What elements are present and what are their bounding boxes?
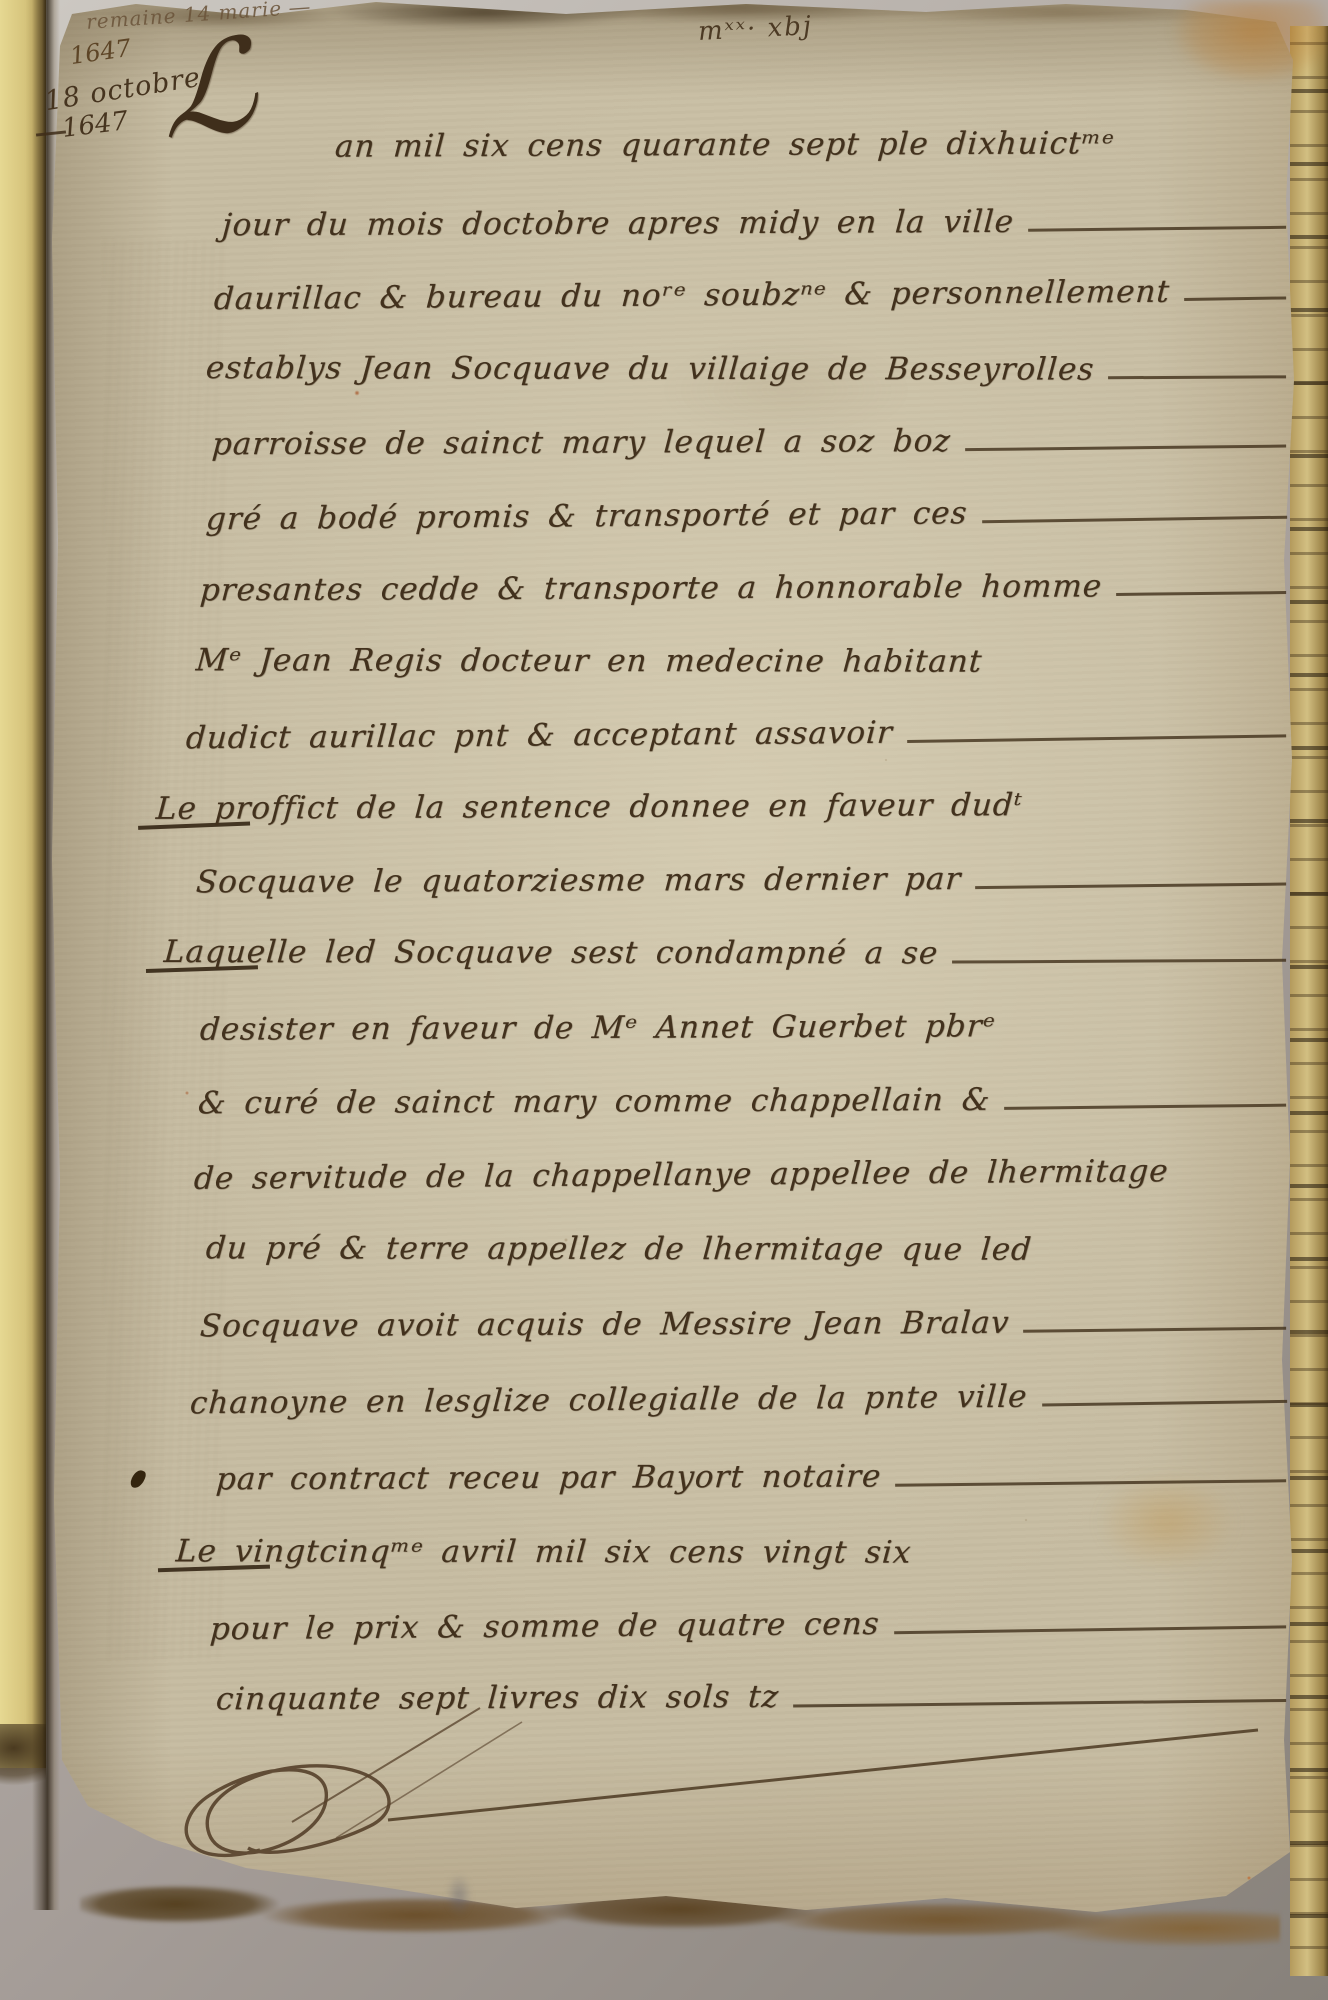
line-filler-stroke	[981, 490, 1286, 524]
manuscript-line-text: establys Jean Socquave du villaige de Be…	[204, 347, 1095, 391]
line-filler-stroke	[1023, 1301, 1286, 1333]
ink-layer: remaine 14 marie ― 1647 18 octobre 1647 …	[0, 0, 1328, 2000]
manuscript-line-text: Mᵉ Jean Regis docteur en medecine habita…	[194, 639, 983, 682]
manuscript-line-text: & curé de sainct mary comme chappellain …	[197, 1079, 992, 1124]
line-filler-stroke	[1184, 270, 1286, 301]
photograph-background: remaine 14 marie ― 1647 18 octobre 1647 …	[0, 0, 1328, 2000]
line-filler-stroke	[1116, 565, 1286, 596]
paraph-flourish	[140, 1700, 1300, 1900]
manuscript-line-text: de servitude de la chappellanye appellee…	[193, 1150, 1170, 1200]
manuscript-line-text: pour le prix & somme de quatre cens	[209, 1603, 881, 1650]
manuscript-line-text: du pré & terre appellez de lhermitage qu…	[204, 1227, 1033, 1270]
line-filler-stroke	[965, 419, 1287, 452]
manuscript-line-text: Le vingtcinqᵐᵉ avril mil six cens vingt …	[174, 1530, 912, 1573]
manuscript-line: jour du mois doctobre apres midy en la v…	[222, 194, 1288, 247]
manuscript-line: an mil six cens quarante sept ple dixhui…	[335, 116, 1115, 167]
manuscript-line: chanoyne en lesglize collegialle de la p…	[190, 1368, 1288, 1425]
line-filler-stroke	[893, 1599, 1286, 1634]
manuscript-line: presantes cedde & transporte a honnorabl…	[200, 559, 1288, 612]
manuscript-line: Mᵉ Jean Regis docteur en medecine habita…	[196, 633, 982, 682]
manuscript-line: Laquelle led Socquave sest condampné a s…	[164, 925, 1288, 975]
manuscript-line: Socquave le quatorziesme mars dernier pa…	[196, 851, 1288, 904]
manuscript-line: parroisse de sainct mary lequel a soz bo…	[212, 413, 1288, 466]
line-filler-stroke	[1004, 1078, 1286, 1110]
manuscript-line: Le vingtcinqᵐᵉ avril mil six cens vingt …	[176, 1524, 912, 1573]
manuscript-line-text: Socquave avoit acquis de Messire Jean Br…	[199, 1302, 1011, 1348]
manuscript-line: de servitude de la chappellanye appellee…	[194, 1144, 1169, 1200]
manuscript-line: Socquave avoit acquis de Messire Jean Br…	[200, 1295, 1288, 1348]
manuscript-line: du pré & terre appellez de lhermitage qu…	[206, 1221, 1032, 1270]
manuscript-line: pour le prix & somme de quatre cens	[210, 1594, 1288, 1650]
manuscript-line: desister en faveur de Mᵉ Annet Guerbet p…	[200, 999, 996, 1050]
manuscript-line-text: parroisse de sainct mary lequel a soz bo…	[211, 420, 952, 465]
manuscript-line-text: Le proffict de la sentence donnee en fav…	[155, 784, 1024, 830]
manuscript-line: Le proffict de la sentence donnee en fav…	[156, 778, 1023, 830]
manuscript-line: par contract receu par Bayort notaire	[216, 1448, 1288, 1501]
manuscript-line-text: gré a bodé promis & transporté et par ce…	[205, 492, 969, 540]
line-filler-stroke	[895, 1453, 1286, 1486]
line-filler-stroke	[1108, 349, 1286, 379]
manuscript-line: dudict aurillac pnt & acceptant assavoir	[186, 703, 1288, 760]
manuscript-line-text: desister en faveur de Mᵉ Annet Guerbet p…	[199, 1005, 997, 1050]
manuscript-line-text: Laquelle led Socquave sest condampné a s…	[162, 931, 939, 974]
manuscript-line-text: daurillac & bureau du noʳᵉ soubzⁿᵉ & per…	[213, 271, 1172, 321]
manuscript-line: establys Jean Socquave du villaige de Be…	[206, 341, 1288, 391]
manuscript-line-text: Socquave le quatorziesme mars dernier pa…	[195, 858, 963, 903]
line-filler-stroke	[907, 708, 1287, 743]
ink-blot	[129, 1468, 148, 1490]
line-filler-stroke	[1028, 200, 1286, 232]
manuscript-line: daurillac & bureau du noʳᵉ soubzⁿᵉ & per…	[214, 264, 1288, 320]
line-filler-stroke	[1041, 1374, 1286, 1407]
manuscript-line-text: presantes cedde & transporte a honnorabl…	[199, 565, 1104, 611]
manuscript-line-text: par contract receu par Bayort notaire	[215, 1455, 883, 1500]
manuscript-line: & curé de sainct mary comme chappellain …	[198, 1072, 1288, 1125]
line-filler-stroke	[975, 857, 1286, 890]
manuscript-line-text: dudict aurillac pnt & acceptant assavoir	[185, 712, 894, 760]
manuscript-line-text: chanoyne en lesglize collegialle de la p…	[189, 1376, 1029, 1425]
manuscript-line-text: jour du mois doctobre apres midy en la v…	[221, 201, 1016, 246]
line-filler-stroke	[952, 933, 1286, 964]
manuscript-line-text: an mil six cens quarante sept ple dixhui…	[334, 122, 1116, 167]
manuscript-line: gré a bodé promis & transporté et par ce…	[206, 484, 1288, 540]
